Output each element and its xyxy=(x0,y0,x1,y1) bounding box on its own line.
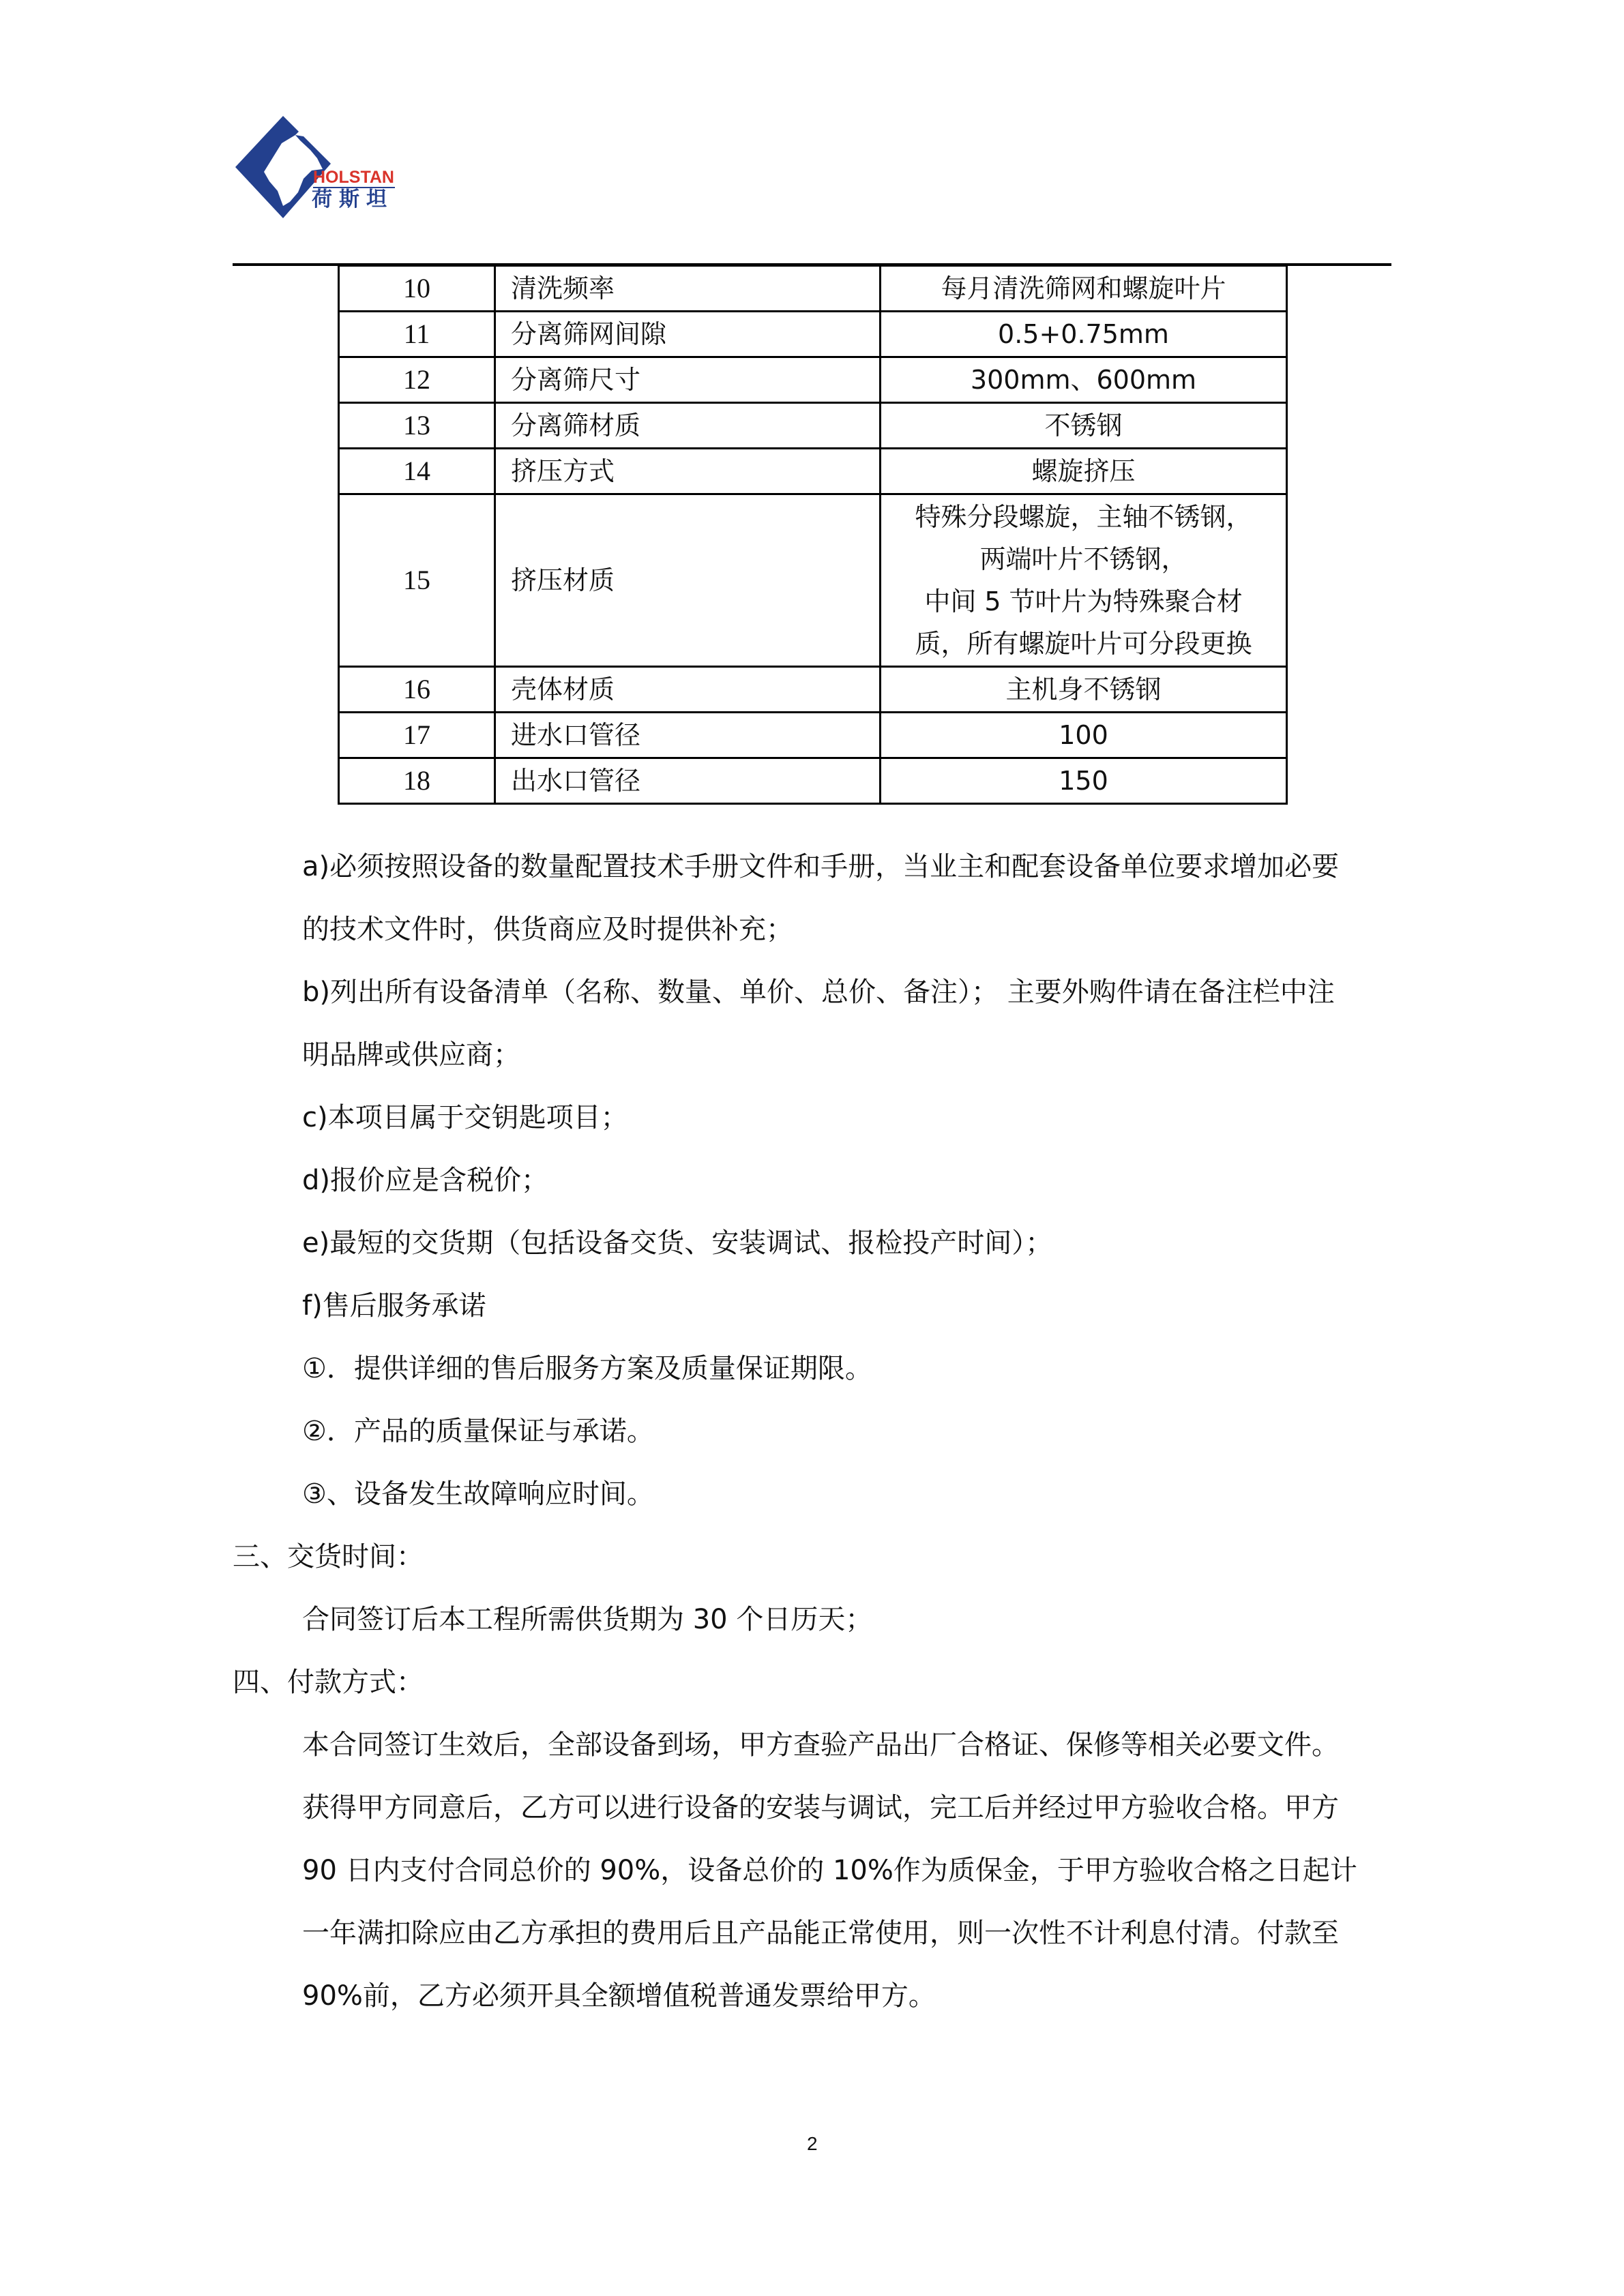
company-logo: HOLSTAN 荷斯坦 xyxy=(235,116,402,222)
row-number: 17 xyxy=(339,713,495,758)
spec-name: 挤压方式 xyxy=(495,449,881,494)
spec-value: 0.5+0.75mm xyxy=(881,312,1287,357)
service-item-2: ②．产品的质量保证与承诺。 xyxy=(302,1416,1393,1447)
row-number: 10 xyxy=(339,266,495,312)
spec-name: 挤压材质 xyxy=(495,494,881,667)
spec-value: 主机身不锈钢 xyxy=(881,667,1287,713)
table-row: 15 挤压材质 特殊分段螺旋，主轴不锈钢， 两端叶片不锈钢， 中间 5 节叶片为… xyxy=(339,494,1287,667)
logo-text-cn: 荷斯坦 xyxy=(312,188,394,211)
requirement-b-line2: 明品牌或供应商； xyxy=(302,1039,1393,1071)
row-number: 15 xyxy=(339,494,495,667)
table-row: 14 挤压方式 螺旋挤压 xyxy=(339,449,1287,494)
spec-name: 进水口管径 xyxy=(495,713,881,758)
table-row: 18 出水口管径 150 xyxy=(339,758,1287,804)
page-number: 2 xyxy=(807,2133,818,2155)
payment-line: 本合同签订生效后，全部设备到场，甲方查验产品出厂合格证、保修等相关必要文件。 xyxy=(302,1729,1393,1761)
row-number: 12 xyxy=(339,357,495,403)
requirement-a-line2: 的技术文件时，供货商应及时提供补充； xyxy=(302,914,1393,945)
row-number: 18 xyxy=(339,758,495,804)
payment-line: 获得甲方同意后，乙方可以进行设备的安装与调试，完工后并经过甲方验收合格。甲方 xyxy=(302,1792,1393,1823)
requirement-d: d)报价应是含税价； xyxy=(302,1165,1393,1196)
section-heading-payment: 四、付款方式： xyxy=(233,1667,1324,1698)
spec-value: 螺旋挤压 xyxy=(881,449,1287,494)
payment-line: 一年满扣除应由乙方承担的费用后且产品能正常使用，则一次性不计利息付清。付款至 xyxy=(302,1918,1393,1949)
service-item-1: ①．提供详细的售后服务方案及质量保证期限。 xyxy=(302,1353,1393,1384)
spec-value-line: 质，所有螺旋叶片可分段更换 xyxy=(881,623,1286,665)
payment-line: 90 日内支付合同总价的 90%，设备总价的 10%作为质保金，于甲方验收合格之… xyxy=(302,1855,1393,1886)
table-row: 17 进水口管径 100 xyxy=(339,713,1287,758)
spec-name: 分离筛尺寸 xyxy=(495,357,881,403)
spec-value-line: 两端叶片不锈钢， xyxy=(881,538,1286,580)
spec-value: 不锈钢 xyxy=(881,403,1287,449)
row-number: 14 xyxy=(339,449,495,494)
spec-name: 分离筛材质 xyxy=(495,403,881,449)
logo-text-en: HOLSTAN xyxy=(313,169,394,186)
spec-name: 出水口管径 xyxy=(495,758,881,804)
table-row: 16 壳体材质 主机身不锈钢 xyxy=(339,667,1287,713)
requirement-f: f)售后服务承诺 xyxy=(302,1290,1393,1322)
spec-name: 壳体材质 xyxy=(495,667,881,713)
spec-name: 分离筛网间隙 xyxy=(495,312,881,357)
spec-value: 100 xyxy=(881,713,1287,758)
spec-name: 清洗频率 xyxy=(495,266,881,312)
row-number: 16 xyxy=(339,667,495,713)
spec-value-multiline: 特殊分段螺旋，主轴不锈钢， 两端叶片不锈钢， 中间 5 节叶片为特殊聚合材 质，… xyxy=(881,494,1287,667)
payment-line: 90%前，乙方必须开具全额增值税普通发票给甲方。 xyxy=(302,1980,1393,2012)
section-heading-delivery: 三、交货时间： xyxy=(233,1541,1324,1572)
table-row: 10 清洗频率 每月清洗筛网和螺旋叶片 xyxy=(339,266,1287,312)
spec-value: 150 xyxy=(881,758,1287,804)
row-number: 11 xyxy=(339,312,495,357)
delivery-body: 合同签订后本工程所需供货期为 30 个日历天； xyxy=(302,1604,1393,1635)
requirement-b-line1: b)列出所有设备清单（名称、数量、单价、总价、备注）； 主要外购件请在备注栏中注 xyxy=(302,976,1393,1008)
spec-value-line: 特殊分段螺旋，主轴不锈钢， xyxy=(881,496,1286,538)
spec-table: 10 清洗频率 每月清洗筛网和螺旋叶片 11 分离筛网间隙 0.5+0.75mm… xyxy=(338,265,1288,805)
table-row: 13 分离筛材质 不锈钢 xyxy=(339,403,1287,449)
spec-value: 300mm、600mm xyxy=(881,357,1287,403)
requirement-c: c)本项目属于交钥匙项目； xyxy=(302,1102,1393,1133)
spec-value: 每月清洗筛网和螺旋叶片 xyxy=(881,266,1287,312)
requirement-e: e)最短的交货期（包括设备交货、安装调试、报检投产时间）； xyxy=(302,1227,1393,1259)
requirement-a-line1: a)必须按照设备的数量配置技术手册文件和手册，当业主和配套设备单位要求增加必要 xyxy=(302,851,1393,882)
service-item-3: ③、设备发生故障响应时间。 xyxy=(302,1478,1393,1510)
table-row: 12 分离筛尺寸 300mm、600mm xyxy=(339,357,1287,403)
row-number: 13 xyxy=(339,403,495,449)
spec-value-line: 中间 5 节叶片为特殊聚合材 xyxy=(881,580,1286,623)
table-row: 11 分离筛网间隙 0.5+0.75mm xyxy=(339,312,1287,357)
